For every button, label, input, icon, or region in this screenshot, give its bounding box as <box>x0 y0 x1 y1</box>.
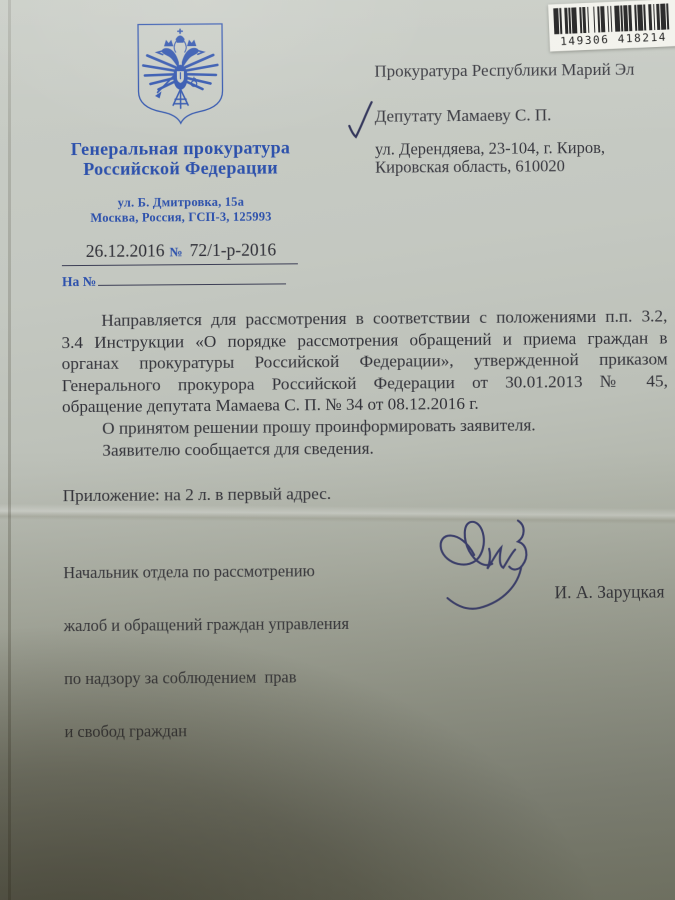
signer-name: И. А. Заруцкая <box>554 581 664 603</box>
recipient-address-line1: ул. Дерендяева, 23-104, г. Киров, <box>375 138 669 158</box>
handwritten-signature <box>419 508 555 617</box>
letter-body: Направляется для рассмотрения в соответс… <box>61 305 668 461</box>
org-name-line2: Российской Федерации <box>53 157 308 179</box>
coat-of-arms-icon <box>134 21 225 128</box>
signer-position: Начальник отдела по рассмотрению жалоб и… <box>63 526 415 775</box>
recipient-person: Депутату Мамаеву С. П. <box>375 105 552 125</box>
barcode-sticker: 149306 418214 <box>548 0 675 52</box>
barcode-icon <box>553 3 672 34</box>
recipient-person-row: Депутату Мамаеву С. П. <box>375 104 669 126</box>
attachment-note: Приложение: на 2 л. в первый адрес. <box>63 484 332 506</box>
signer-position-line: Начальник отдела по рассмотрению <box>63 562 413 582</box>
recipient-address: ул. Дерендяева, 23-104, г. Киров, Кировс… <box>375 138 669 175</box>
letterhead: Генеральная прокуратура Российской Федер… <box>52 20 309 226</box>
org-address: ул. Б. Дмитровка, 15а Москва, Россия, ГС… <box>53 194 308 226</box>
signer-position-line: жалоб и обращений граждан управления <box>64 614 414 634</box>
outgoing-number: 72/1-р-2016 <box>190 239 277 260</box>
org-name-line1: Генеральная прокуратура <box>53 137 308 159</box>
org-address-line2: Москва, Россия, ГСП-3, 125993 <box>53 209 308 226</box>
number-sign: № <box>169 244 182 259</box>
letter-page: 149306 418214 <box>0 0 675 900</box>
org-name: Генеральная прокуратура Российской Федер… <box>53 137 308 179</box>
handwritten-check-icon <box>347 100 374 142</box>
document-photo: 149306 418214 <box>0 0 675 900</box>
reference-row: 26.12.2016№72/1-р-2016 <box>62 239 298 266</box>
incoming-ref-row: На № <box>62 270 286 291</box>
na-no-blank-line <box>98 270 286 285</box>
recipient-block: Прокуратура Республики Марий Эл Депутату… <box>374 59 669 175</box>
body-paragraph: Заявителю сообщается для сведения. <box>62 435 668 461</box>
letter-date: 26.12.2016 <box>86 240 165 261</box>
na-no-label: На № <box>62 274 96 289</box>
signer-position-line: и свобод граждан <box>64 720 414 740</box>
recipient-org: Прокуратура Республики Марий Эл <box>374 59 668 81</box>
recipient-address-line2: Кировская область, 610020 <box>375 156 669 176</box>
signer-position-line: по надзору за соблюдением прав <box>64 667 414 687</box>
